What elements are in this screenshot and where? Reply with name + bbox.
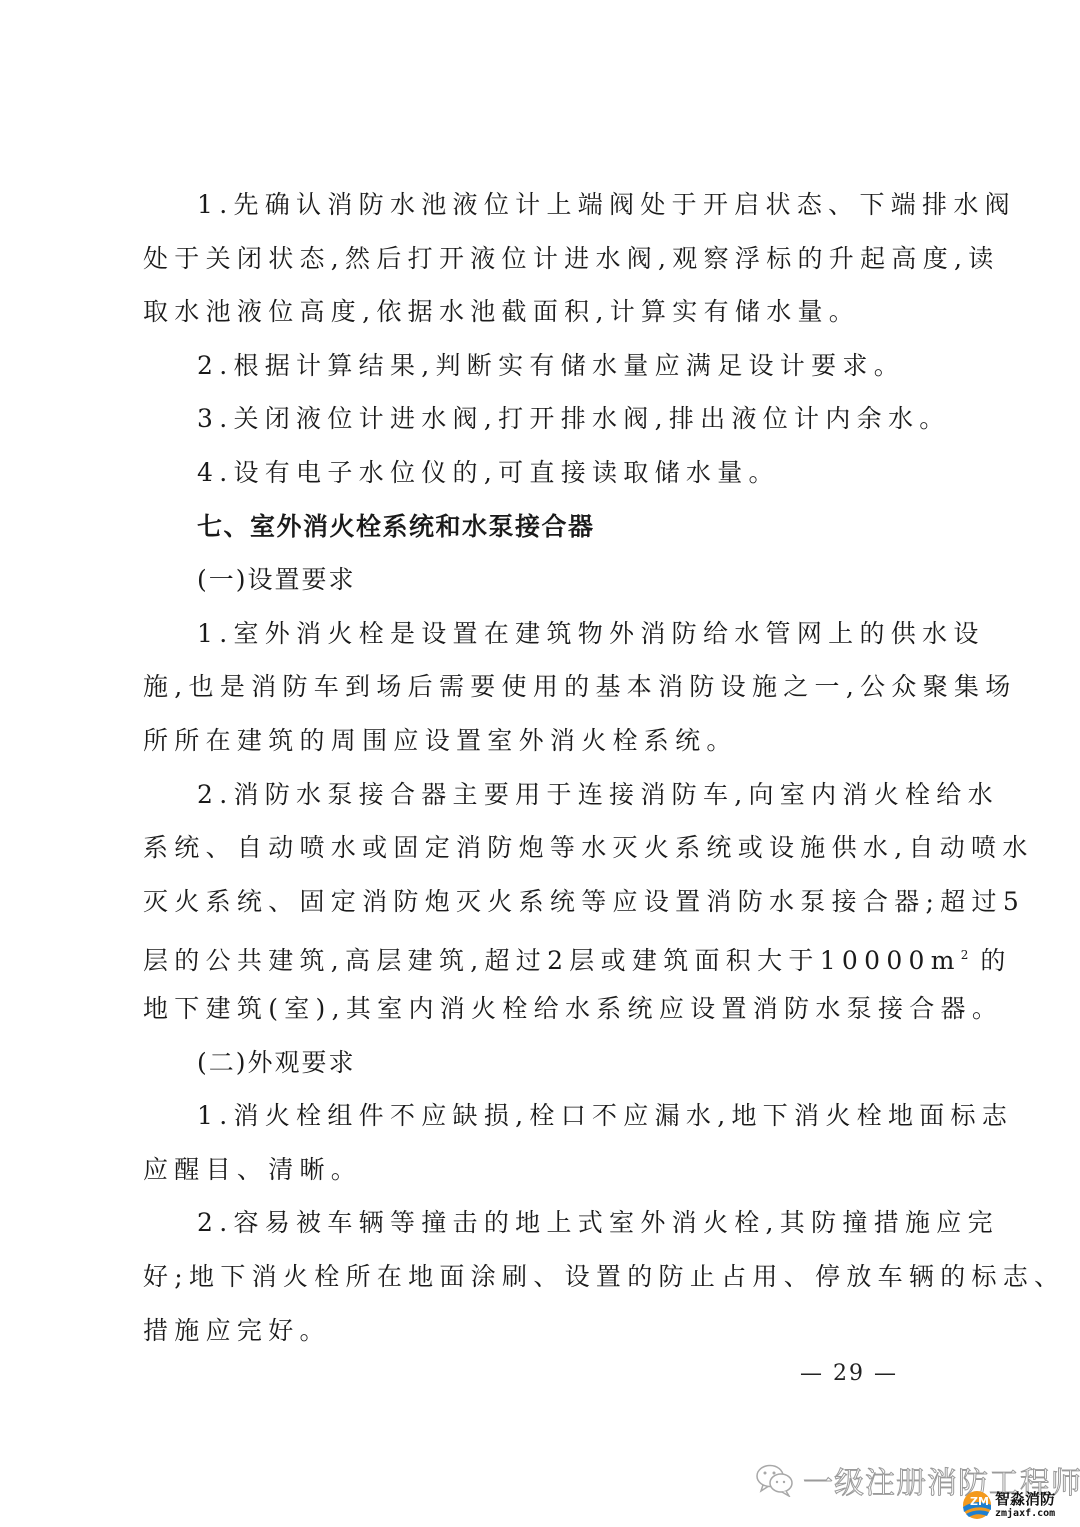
wechat-icon	[755, 1463, 795, 1497]
text-line: 地下建筑(室),其室内消火栓给水系统应设置消防水泵接合器。	[143, 994, 943, 1024]
text-line: 层的公共建筑,高层建筑,超过2层或建筑面积大于10000m2的	[143, 940, 943, 976]
brand-url: zmjaxf.com	[995, 1509, 1055, 1519]
svg-text:ZM: ZM	[970, 1495, 989, 1508]
text-line: 取水池液位高度,依据水池截面积,计算实有储水量。	[143, 297, 943, 327]
text-line: 1.室外消火栓是设置在建筑物外消防给水管网上的供水设	[197, 619, 997, 649]
text-line: 4.设有电子水位仪的,可直接读取储水量。	[197, 458, 997, 488]
text-line: 施,也是消防车到场后需要使用的基本消防设施之一,公众聚集场	[143, 672, 943, 702]
text-line: 处于关闭状态,然后打开液位计进水阀,观察浮标的升起高度,读	[143, 244, 943, 274]
brand-badge: ZM 智淼消防 zmjaxf.com	[962, 1490, 1055, 1520]
subsection-heading: (二)外观要求	[197, 1048, 997, 1078]
text-line: 2.根据计算结果,判断实有储水量应满足设计要求。	[197, 351, 997, 381]
text-line: 措施应完好。	[143, 1316, 943, 1346]
section-heading: 七、室外消火栓系统和水泵接合器	[197, 512, 997, 542]
page-number: — 29 —	[800, 1360, 920, 1388]
document-page: 1.先确认消防水池液位计上端阀处于开启状态、下端排水阀处于关闭状态,然后打开液位…	[0, 0, 1080, 1527]
text-line: 1.消火栓组件不应缺损,栓口不应漏水,地下消火栓地面标志	[197, 1101, 997, 1131]
text-line: 1.先确认消防水池液位计上端阀处于开启状态、下端排水阀	[197, 190, 997, 220]
text-line: 2.消防水泵接合器主要用于连接消防车,向室内消火栓给水	[197, 780, 997, 810]
subsection-heading: (一)设置要求	[197, 565, 997, 595]
text-line: 灭火系统、固定消防炮灭火系统等应设置消防水泵接合器;超过5	[143, 887, 943, 917]
text-line: 所所在建筑的周围应设置室外消火栓系统。	[143, 726, 943, 756]
text-line: 好;地下消火栓所在地面涂刷、设置的防止占用、停放车辆的标志、	[143, 1262, 943, 1292]
zm-logo-icon: ZM	[962, 1490, 992, 1520]
text-line: 2.容易被车辆等撞击的地上式室外消火栓,其防撞措施应完	[197, 1208, 997, 1238]
text-line: 系统、自动喷水或固定消防炮等水灭火系统或设施供水,自动喷水	[143, 833, 943, 863]
text-line: 3.关闭液位计进水阀,打开排水阀,排出液位计内余水。	[197, 404, 997, 434]
brand-name: 智淼消防	[995, 1492, 1055, 1507]
text-line: 应醒目、清晰。	[143, 1155, 943, 1185]
